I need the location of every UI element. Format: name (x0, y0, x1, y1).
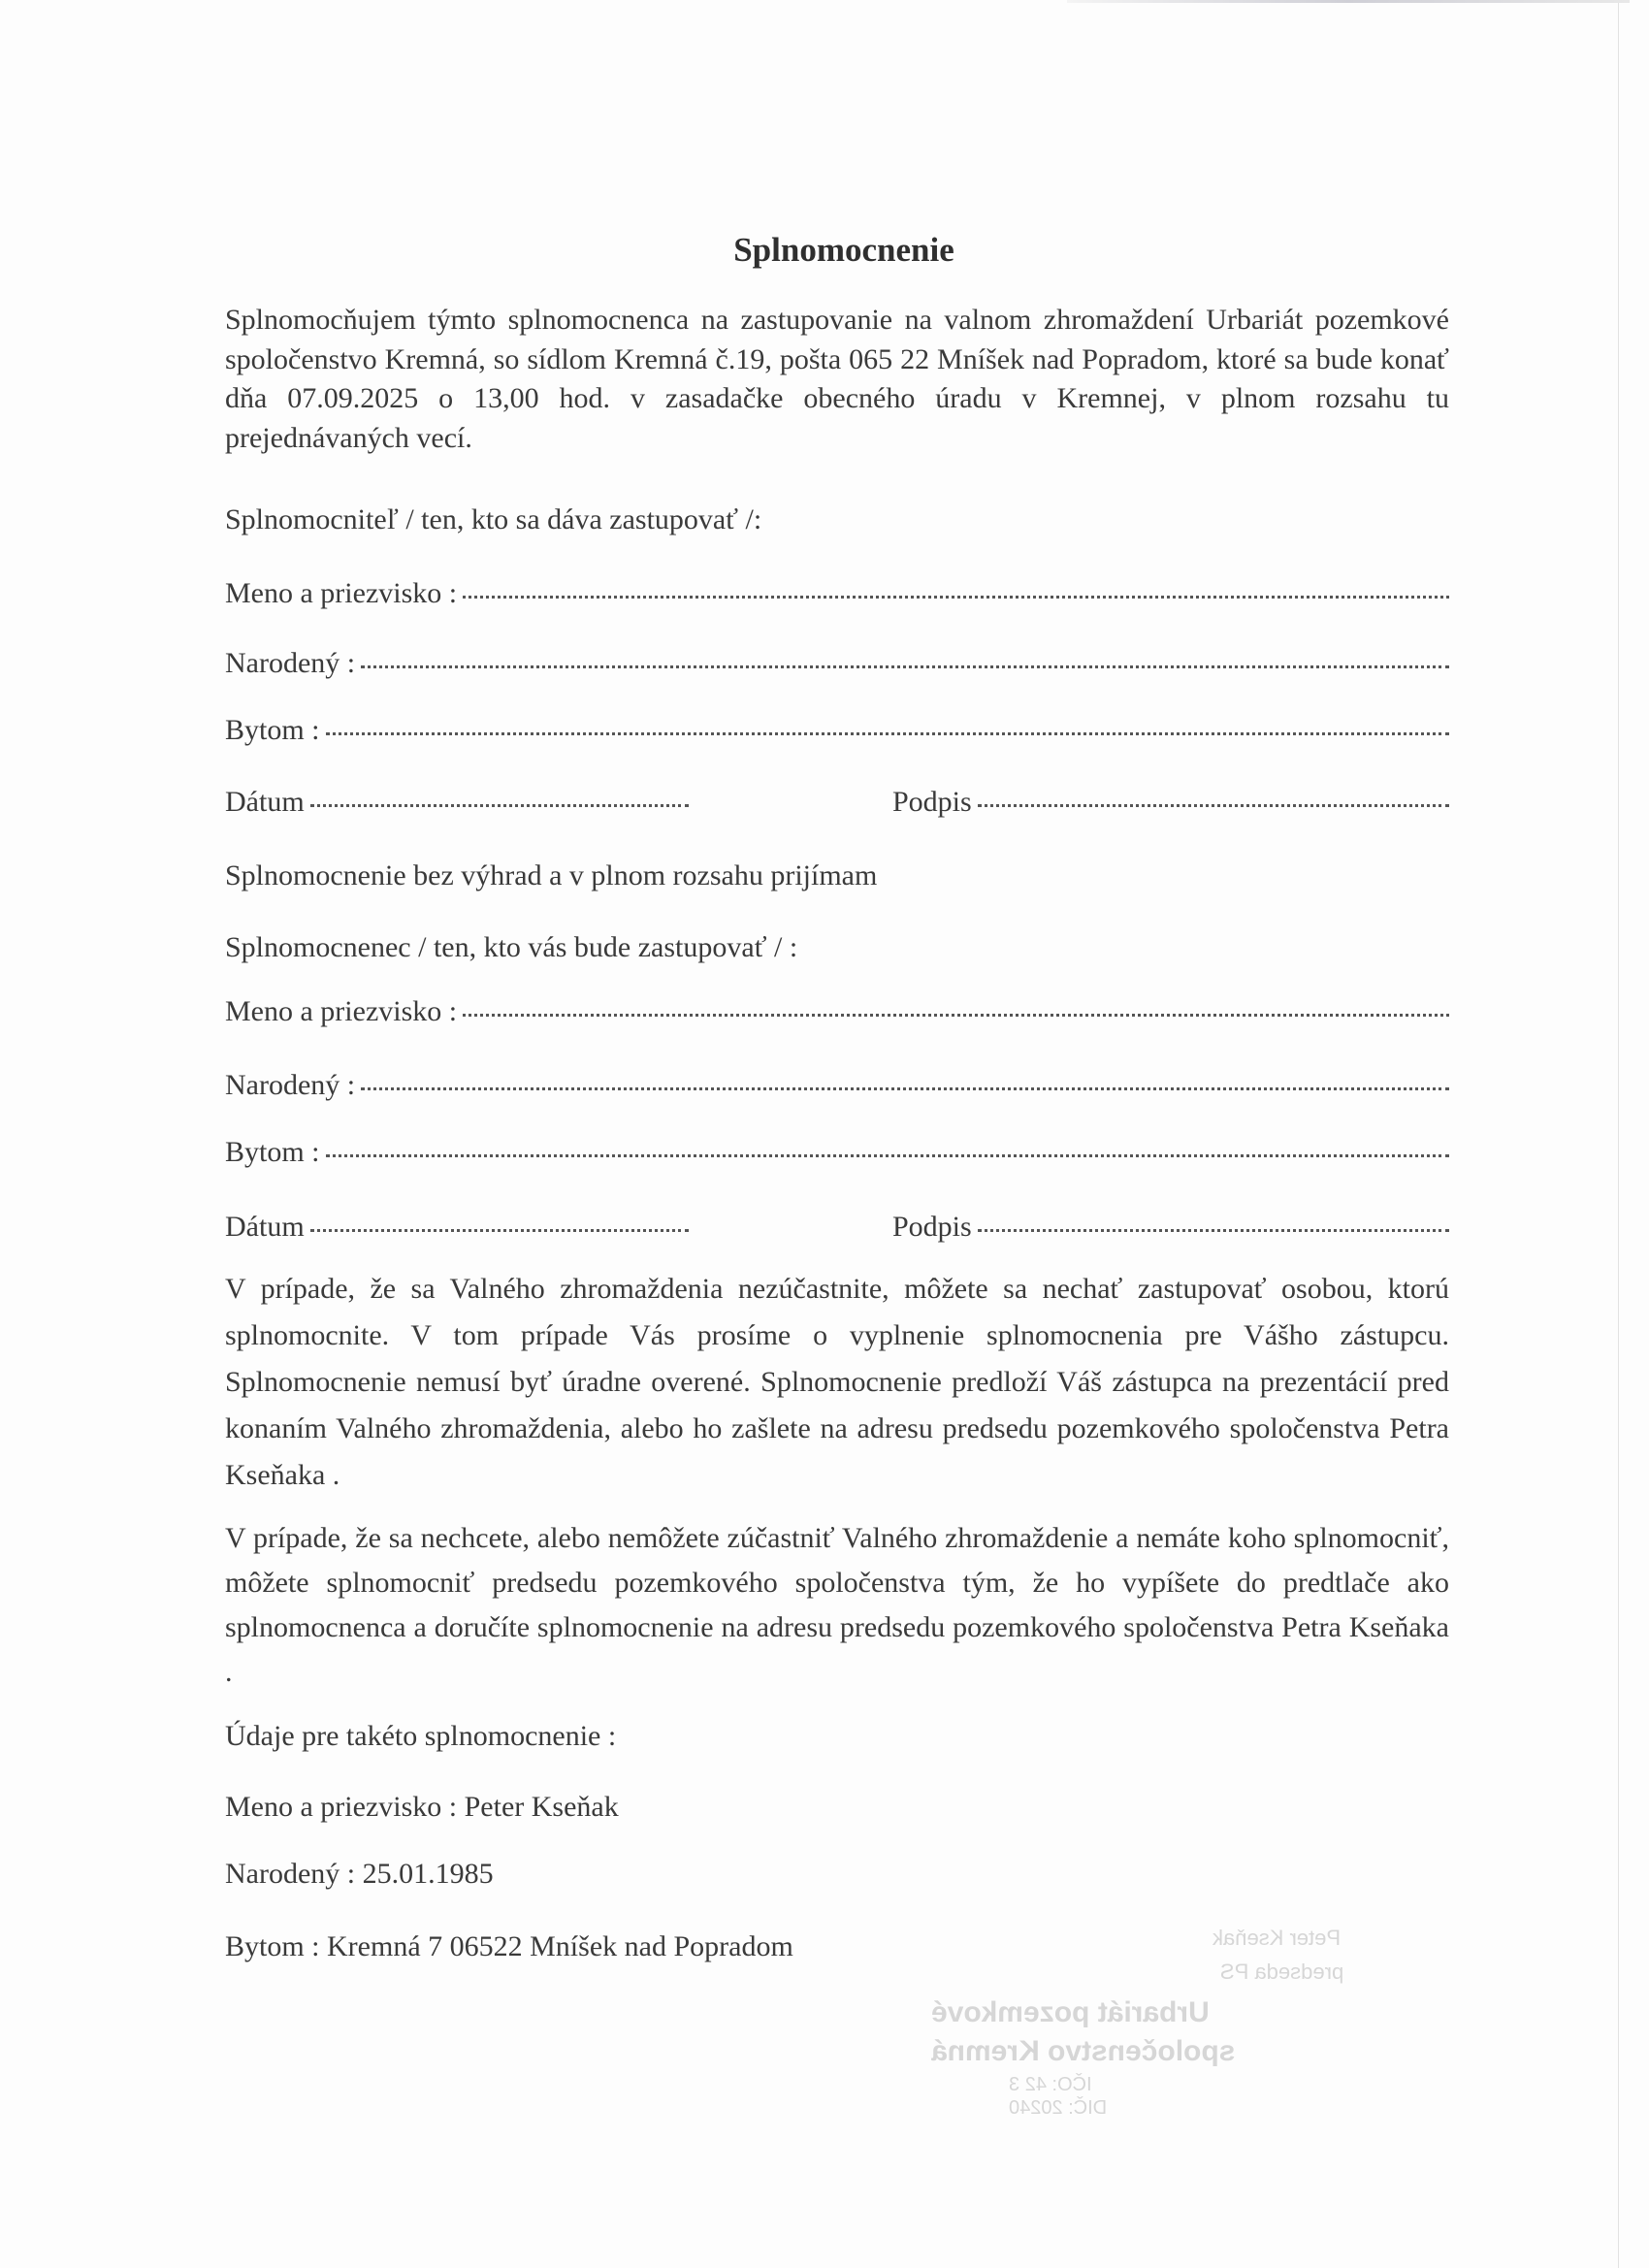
document-title: Splnomocnenie (0, 231, 1649, 270)
grantor-date-field[interactable]: Dátum (225, 785, 689, 820)
grantor-heading: Splnomocniteľ / ten, kto sa dáva zastupo… (225, 502, 761, 537)
proxy-born-label: Narodený : (225, 1068, 355, 1103)
show-through-stamp-line2: spoločenstvo Kremná (931, 2035, 1235, 2068)
proxy-date-label: Dátum (225, 1210, 305, 1245)
dotted-line (361, 1087, 1449, 1090)
chair-born: Narodený : 25.01.1985 (225, 1857, 494, 1892)
page-edge (1618, 0, 1619, 2268)
proxy-name-label: Meno a priezvisko : (225, 994, 457, 1029)
proxy-signature-label: Podpis (892, 1210, 972, 1245)
show-through-signature-role: predseda PS (1220, 1960, 1343, 1985)
dotted-line (463, 1014, 1449, 1017)
dotted-line (310, 1229, 689, 1232)
grantor-signature-field[interactable]: Podpis (892, 785, 1449, 820)
show-through-stamp-line3: IČO: 42 3 (1009, 2074, 1092, 2096)
grantor-name-label: Meno a priezvisko : (225, 576, 457, 611)
show-through-stamp-line1: Urbariát pozemkové (931, 1996, 1210, 2029)
page-edge-top (1067, 0, 1630, 3)
proxy-signature-field[interactable]: Podpis (892, 1210, 1449, 1245)
grantor-born-field[interactable]: Narodený : (225, 646, 1449, 681)
dotted-line (361, 665, 1449, 668)
dotted-line (310, 804, 689, 807)
proxy-born-field[interactable]: Narodený : (225, 1068, 1449, 1103)
dotted-line (978, 1229, 1449, 1232)
dotted-line (326, 1154, 1449, 1157)
intro-paragraph: Splnomocňujem týmto splnomocnenca na zas… (225, 301, 1449, 458)
proxy-address-label: Bytom : (225, 1135, 320, 1170)
show-through-stamp-line4: DIČ: 20240 (1009, 2097, 1107, 2120)
proxy-heading: Splnomocnenec / ten, kto vás bude zastup… (225, 930, 797, 965)
show-through-signature-name: Peter Kseňak (1212, 1926, 1341, 1951)
note-paragraph-2: V prípade, že sa nechcete, alebo nemôžet… (225, 1516, 1449, 1695)
grantor-signature-label: Podpis (892, 785, 972, 820)
grantor-address-field[interactable]: Bytom : (225, 713, 1449, 748)
dotted-line (463, 596, 1449, 599)
proxy-name-field[interactable]: Meno a priezvisko : (225, 994, 1449, 1029)
acceptance-statement: Splnomocnenie bez výhrad a v plnom rozsa… (225, 859, 877, 893)
grantor-date-label: Dátum (225, 785, 305, 820)
chair-name: Meno a priezvisko : Peter Kseňak (225, 1790, 619, 1825)
dotted-line (326, 732, 1449, 735)
grantor-name-field[interactable]: Meno a priezvisko : (225, 576, 1449, 611)
chair-address: Bytom : Kremná 7 06522 Mníšek nad Poprad… (225, 1929, 793, 1964)
note-paragraph-1: V prípade, že sa Valného zhromaždenia ne… (225, 1266, 1449, 1499)
proxy-address-field[interactable]: Bytom : (225, 1135, 1449, 1170)
grantor-address-label: Bytom : (225, 713, 320, 748)
chair-details-heading: Údaje pre takéto splnomocnenie : (225, 1719, 616, 1754)
dotted-line (978, 804, 1449, 807)
proxy-date-field[interactable]: Dátum (225, 1210, 689, 1245)
grantor-born-label: Narodený : (225, 646, 355, 681)
